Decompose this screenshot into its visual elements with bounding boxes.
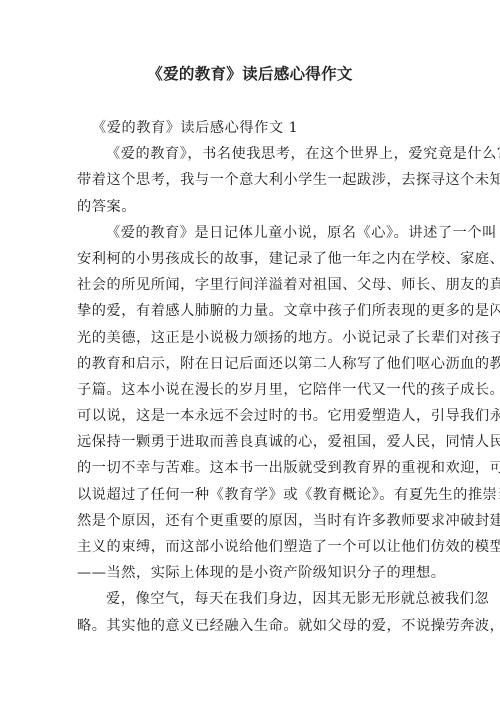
paragraph-1-line-2: 带着这个思考，我与一个意大利小学生一起跋涉，去探寻这个未知 — [77, 167, 429, 193]
section-heading: 《爱的教育》读后感心得作文 1 — [77, 115, 429, 141]
paragraph-1-line-1: 《爱的教育》，书名使我思考，在这个世界上，爱究竟是什么? — [77, 141, 429, 167]
paragraph-2-line-1: 《爱的教育》是日记体儿童小说，原名《心》。讲述了一个叫 — [77, 220, 429, 246]
document-page: 《爱的教育》读后感心得作文 《爱的教育》读后感心得作文 1 《爱的教育》，书名使… — [0, 0, 500, 707]
paragraph-1-line-3: 的答案。 — [77, 194, 429, 220]
paragraph-2-line-11: 以说超过了任何一种《教育学》或《教育概论》。有夏先生的推崇当 — [77, 482, 429, 508]
paragraph-2-line-13: 主义的束缚，而这部小说给他们塑造了一个可以让他们仿效的模型 — [77, 534, 429, 560]
paragraph-2-line-4: 挚的爱，有着感人肺腑的力量。文章中孩子们所表现的更多的是闪 — [77, 298, 429, 324]
paragraph-2-line-6: 的教育和启示，附在日记后面还以第二人称写了他们呕心沥血的教 — [77, 351, 429, 377]
paragraph-3-line-1: 爱，像空气，每天在我们身边，因其无影无形就总被我们忽 — [77, 586, 429, 612]
paragraph-2-line-7: 子篇。这本小说在漫长的岁月里，它陪伴一代又一代的孩子成长。 — [77, 377, 429, 403]
paragraph-2-line-12: 然是个原因，还有个更重要的原因，当时有许多教师要求冲破封建 — [77, 508, 429, 534]
paragraph-2-line-8: 可以说，这是一本永远不会过时的书。它用爱塑造人，引导我们永 — [77, 403, 429, 429]
paragraph-2-line-10: 的一切不幸与苦难。这本书一出版就受到教育界的重视和欢迎，可 — [77, 455, 429, 481]
document-title: 《爱的教育》读后感心得作文 — [0, 62, 500, 84]
paragraph-2-line-14: ——当然，实际上体现的是小资产阶级知识分子的理想。 — [77, 560, 429, 586]
paragraph-2-line-3: 社会的所见所闻，字里行间洋溢着对祖国、父母、师长、朋友的真 — [77, 272, 429, 298]
paragraph-3-line-2: 略。其实他的意义已经融入生命。就如父母的爱，不说操劳奔波， — [77, 613, 429, 639]
document-body: 《爱的教育》读后感心得作文 1 《爱的教育》，书名使我思考，在这个世界上，爱究竟… — [77, 115, 429, 639]
paragraph-2-line-9: 远保持一颗勇于进取而善良真诚的心，爱祖国，爱人民，同情人民 — [77, 429, 429, 455]
paragraph-2-line-2: 安利柯的小男孩成长的故事，建记录了他一年之内在学校、家庭、 — [77, 246, 429, 272]
paragraph-2-line-5: 光的美德，这正是小说极力颂扬的地方。小说记录了长辈们对孩子 — [77, 325, 429, 351]
